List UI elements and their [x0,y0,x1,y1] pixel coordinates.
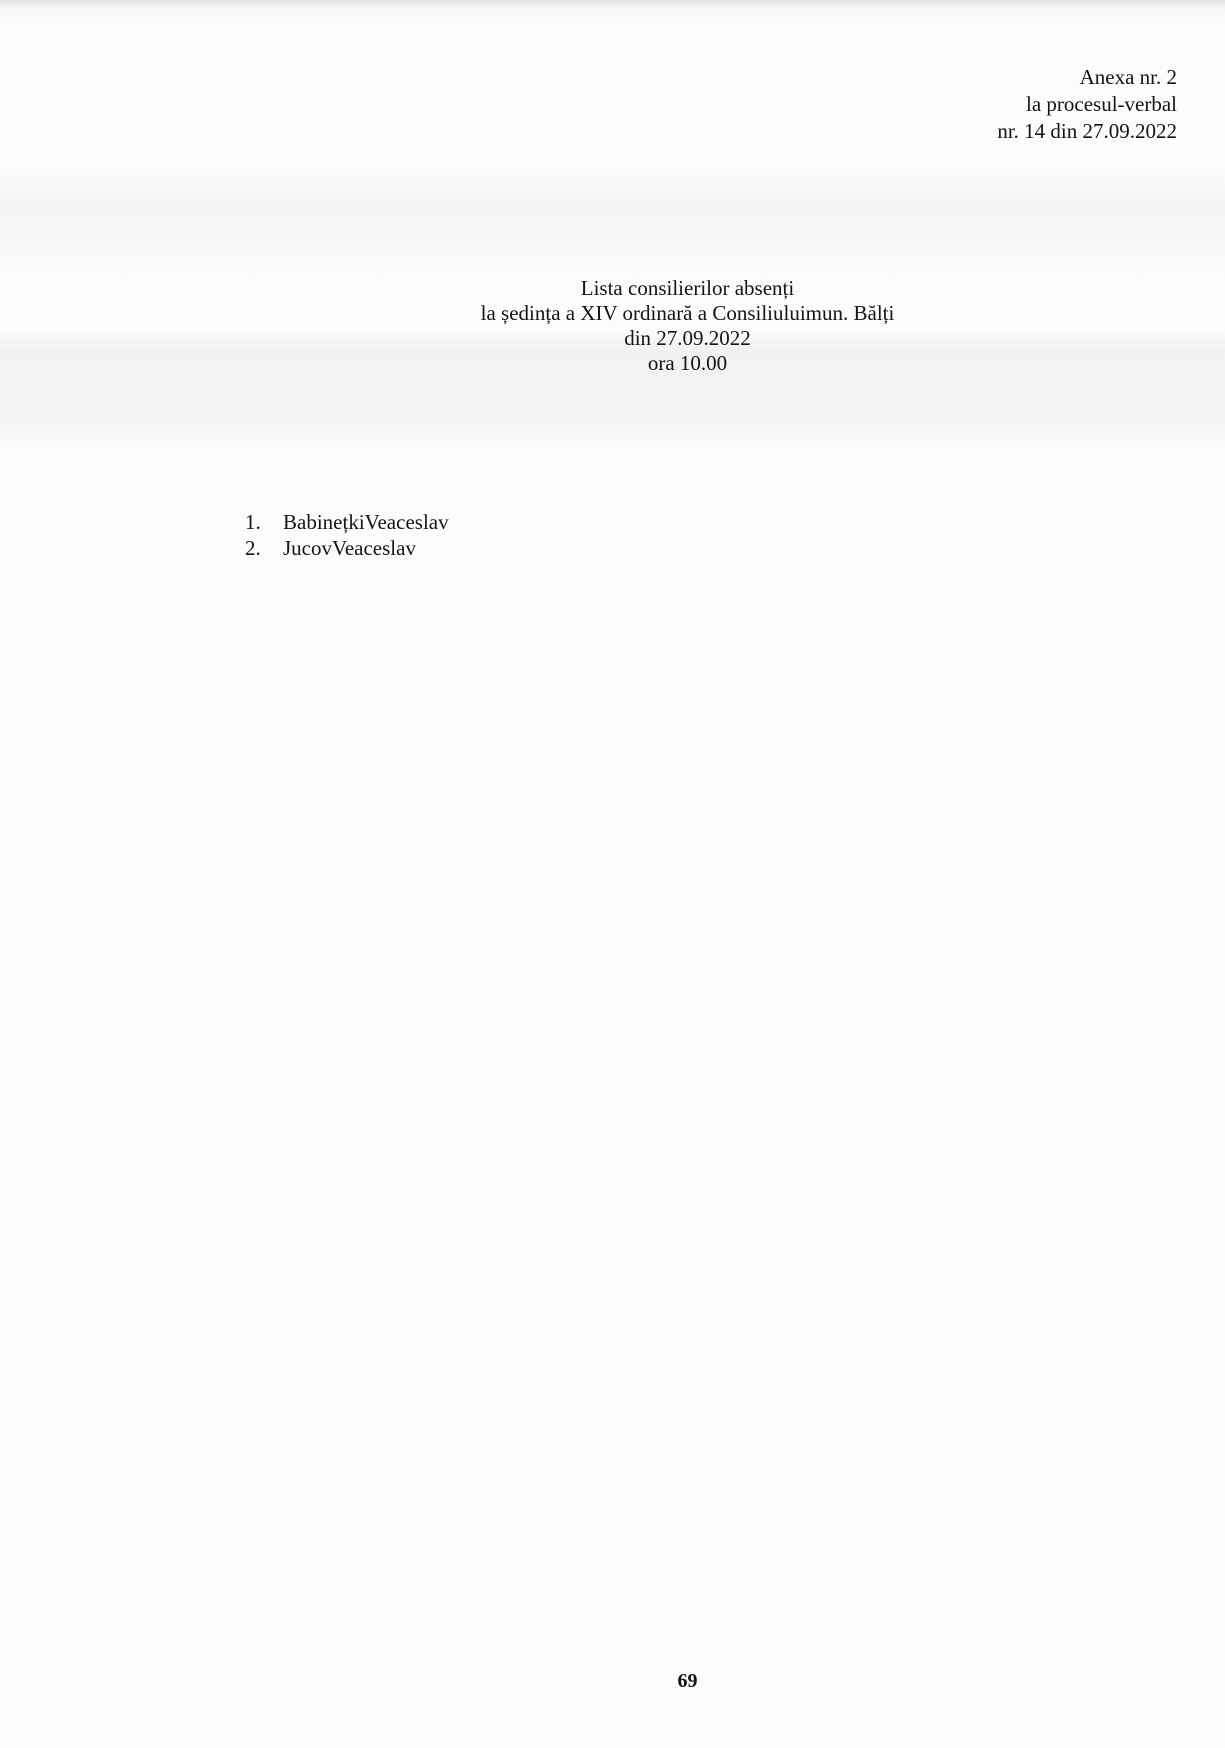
annex-document: la procesul-verbal [997,91,1177,118]
list-item: 2. JucovVeaceslav [245,535,449,561]
title-line-2: la ședința a XIV ordinară a Consiliuluim… [150,301,1225,326]
title-line-3: din 27.09.2022 [150,326,1225,351]
absent-councillors-list: 1. BabinețkiVeaceslav 2. JucovVeaceslav [245,509,449,561]
annex-reference: Anexa nr. 2 la procesul-verbal nr. 14 di… [997,64,1177,145]
list-item-number: 2. [245,535,283,561]
title-line-4: ora 10.00 [150,351,1225,376]
document-title: Lista consilierilor absenți la ședința a… [0,276,1225,376]
annex-date: nr. 14 din 27.09.2022 [997,118,1177,145]
list-item-name: JucovVeaceslav [283,535,416,561]
title-line-1: Lista consilierilor absenți [150,276,1225,301]
list-item-number: 1. [245,509,283,535]
scanned-page: Anexa nr. 2 la procesul-verbal nr. 14 di… [0,0,1225,1748]
list-item-name: BabinețkiVeaceslav [283,509,449,535]
list-item: 1. BabinețkiVeaceslav [245,509,449,535]
page-number: 69 [0,1670,1225,1693]
annex-number: Anexa nr. 2 [997,64,1177,91]
